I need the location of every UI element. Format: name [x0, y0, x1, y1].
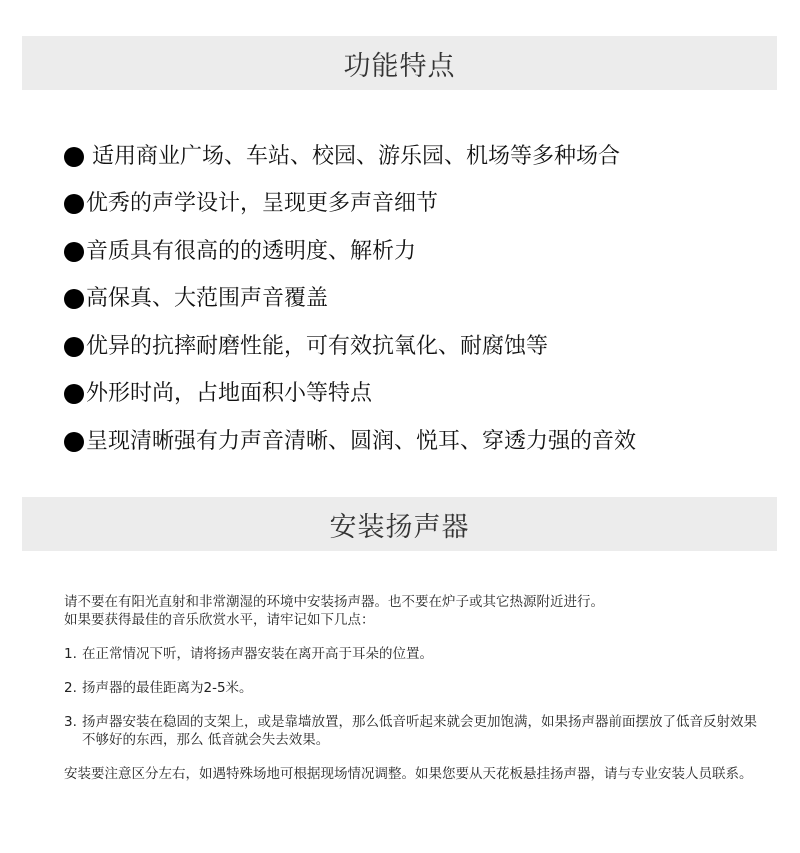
filled-circle-icon — [64, 194, 84, 214]
filled-circle-icon — [64, 384, 84, 404]
install-note: 安装要注意区分左右，如遇特殊场地可根据现场情况调整。如果您要从天花板悬挂扬声器，… — [64, 765, 764, 783]
install-step: 1.在正常情况下听，请将扬声器安装在离开高于耳朵的位置。 — [64, 645, 764, 663]
install-step: 2.扬声器的最佳距离为2-5米。 — [64, 679, 764, 697]
feature-item: 高保真、大范围声音覆盖 — [64, 276, 636, 324]
filled-circle-icon — [64, 432, 84, 452]
install-instructions: 请不要在有阳光直射和非常潮湿的环境中安装扬声器。也不要在炉子或其它热源附近进行。… — [64, 593, 764, 783]
install-steps: 1.在正常情况下听，请将扬声器安装在离开高于耳朵的位置。 2.扬声器的最佳距离为… — [64, 645, 764, 749]
filled-circle-icon — [64, 289, 84, 309]
feature-item: 音质具有很高的的透明度、解析力 — [64, 228, 636, 276]
intro-line: 如果要获得最佳的音乐欣赏水平，请牢记如下几点： — [64, 611, 764, 629]
install-title: 安装扬声器 — [330, 505, 470, 544]
filled-circle-icon — [64, 147, 84, 167]
install-section-header: 安装扬声器 — [22, 497, 777, 551]
install-intro: 请不要在有阳光直射和非常潮湿的环境中安装扬声器。也不要在炉子或其它热源附近进行。… — [64, 593, 764, 629]
feature-item: 优异的抗摔耐磨性能，可有效抗氧化、耐腐蚀等 — [64, 323, 636, 371]
filled-circle-icon — [64, 337, 84, 357]
feature-item: 适用商业广场、车站、校园、游乐园、机场等多种场合 — [64, 133, 636, 181]
feature-item: 优秀的声学设计，呈现更多声音细节 — [64, 181, 636, 229]
features-section-header: 功能特点 — [22, 36, 777, 90]
intro-line: 请不要在有阳光直射和非常潮湿的环境中安装扬声器。也不要在炉子或其它热源附近进行。 — [64, 593, 764, 611]
filled-circle-icon — [64, 242, 84, 262]
features-title: 功能特点 — [344, 44, 456, 83]
feature-item: 外形时尚，占地面积小等特点 — [64, 371, 636, 419]
install-step: 3.扬声器安装在稳固的支架上，或是靠墙放置，那么低音听起来就会更加饱满，如果扬声… — [64, 713, 764, 749]
features-list: 适用商业广场、车站、校园、游乐园、机场等多种场合 优秀的声学设计，呈现更多声音细… — [64, 133, 636, 466]
feature-item: 呈现清晰强有力声音清晰、圆润、悦耳、穿透力强的音效 — [64, 418, 636, 466]
